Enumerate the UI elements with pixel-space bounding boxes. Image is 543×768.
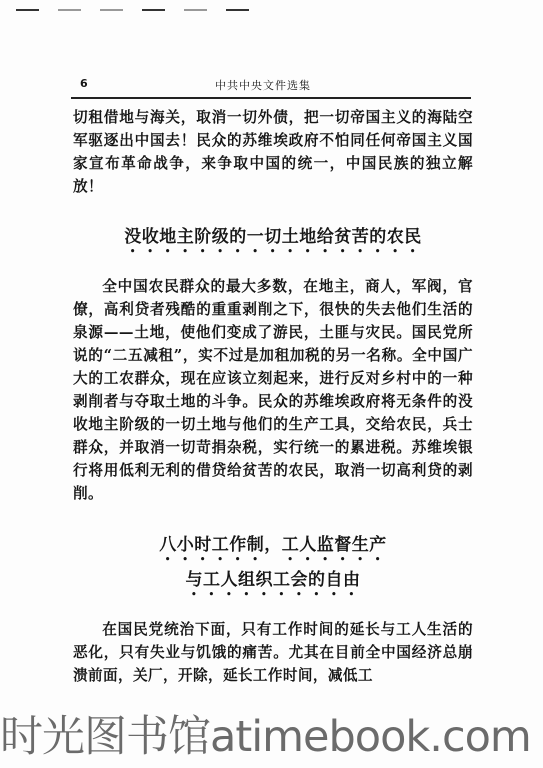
- page-header: 6 中共中央文件选集: [80, 77, 462, 91]
- heading-line-2: 与工人组织工会的自由: [73, 565, 473, 600]
- dash: [226, 9, 249, 11]
- page-body: 切租借地与海关，取消一切外债，把一切帝国主义的海陆空军驱逐出中国去！民众的苏维埃…: [73, 106, 473, 687]
- section-heading-land: 没收地主阶级的一切土地给贫苦的农民: [73, 222, 473, 257]
- running-title: 中共中央文件选集: [215, 77, 311, 93]
- section-heading-labor: 八小时工作制，工人监督生产 与工人组织工会的自由: [73, 530, 473, 600]
- dash: [100, 9, 123, 11]
- watermark: 时光图书馆atimebook.com: [0, 712, 543, 762]
- section-paragraph-labor: 在国民党统治下面，只有工作时间的延长与工人生活的恶化，只有失业与饥饿的痛苦。尤其…: [73, 618, 473, 687]
- page-number: 6: [80, 77, 88, 90]
- dash: [184, 9, 207, 11]
- dash: [58, 9, 81, 11]
- header-rule: [71, 97, 471, 99]
- heading-line-1: 八小时工作制，工人监督生产: [73, 530, 473, 565]
- dash: [142, 9, 165, 11]
- intro-paragraph: 切租借地与海关，取消一切外债，把一切帝国主义的海陆空军驱逐出中国去！民众的苏维埃…: [73, 106, 473, 198]
- scan-artifact-dashes: [16, 9, 249, 11]
- dash: [16, 9, 39, 11]
- section-paragraph-land: 全中国农民群众的最大多数，在地主，商人，军阀，官僚，高利贷者残酷的重重剥削之下，…: [73, 275, 473, 505]
